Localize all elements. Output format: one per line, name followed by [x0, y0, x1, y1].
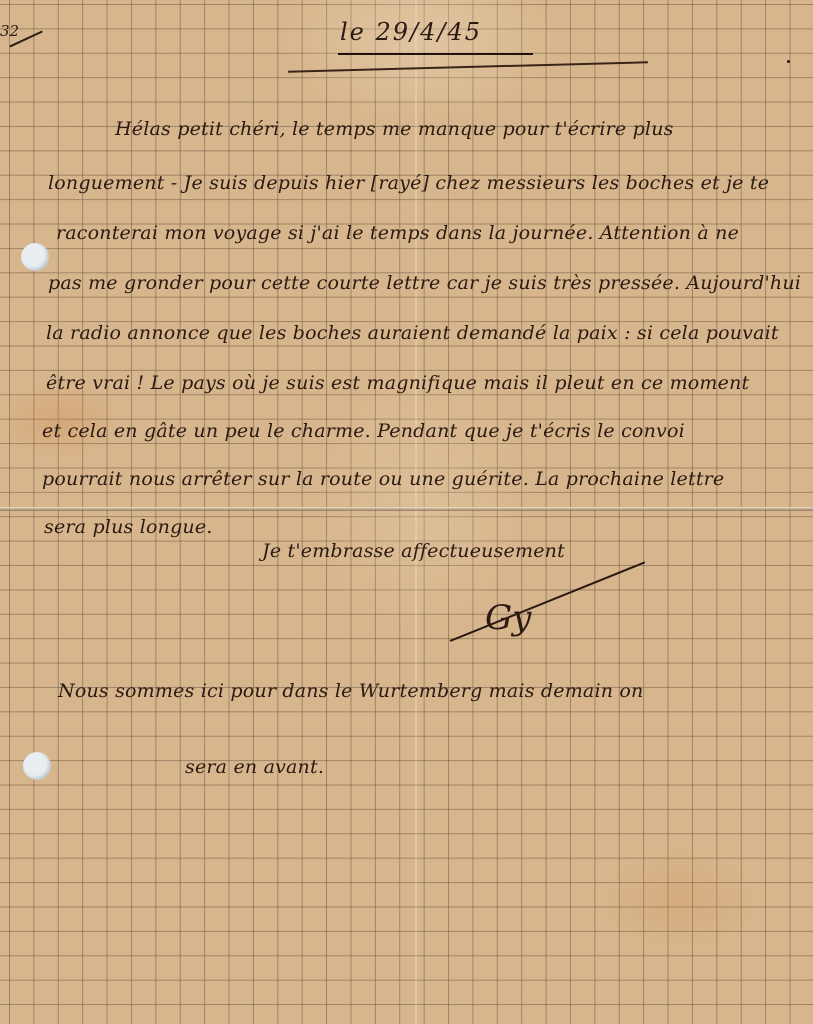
postscript-line-1: Nous sommes ici pour dans le Wurtemberg …: [58, 680, 643, 702]
body-line-9: sera plus longue.: [44, 516, 213, 538]
body-line-2: longuement - Je suis depuis hier [rayé] …: [48, 172, 769, 194]
punch-hole-top: [21, 243, 49, 271]
body-line-8: pourrait nous arrêter sur la route ou un…: [42, 468, 724, 490]
closing-salutation: Je t'embrasse affectueusement: [262, 540, 565, 562]
letter-page: 32 le 29/4/45 Hélas petit chéri, le temp…: [0, 0, 813, 1024]
horizontal-fold-crease: [0, 507, 813, 511]
body-line-7: et cela en gâte un peu le charme. Pendan…: [42, 420, 685, 442]
punch-hole-bottom: [23, 752, 51, 780]
postscript-line-2: sera en avant.: [185, 756, 324, 778]
signature-stroke: [450, 561, 645, 641]
date-underline-secondary: [288, 61, 648, 72]
body-line-4: pas me gronder pour cette courte lettre …: [48, 272, 801, 294]
ink-dot: [787, 60, 790, 63]
date-underline: [338, 53, 533, 55]
body-line-1: Hélas petit chéri, le temps me manque po…: [115, 118, 674, 140]
letter-date: le 29/4/45: [340, 18, 482, 46]
page-number: 32: [0, 22, 19, 40]
body-line-5: la radio annonce que les boches auraient…: [46, 322, 779, 344]
vertical-fold-crease: [415, 0, 417, 1024]
body-line-3: raconterai mon voyage si j'ai le temps d…: [56, 222, 739, 244]
body-line-6: être vrai ! Le pays où je suis est magni…: [46, 372, 749, 394]
